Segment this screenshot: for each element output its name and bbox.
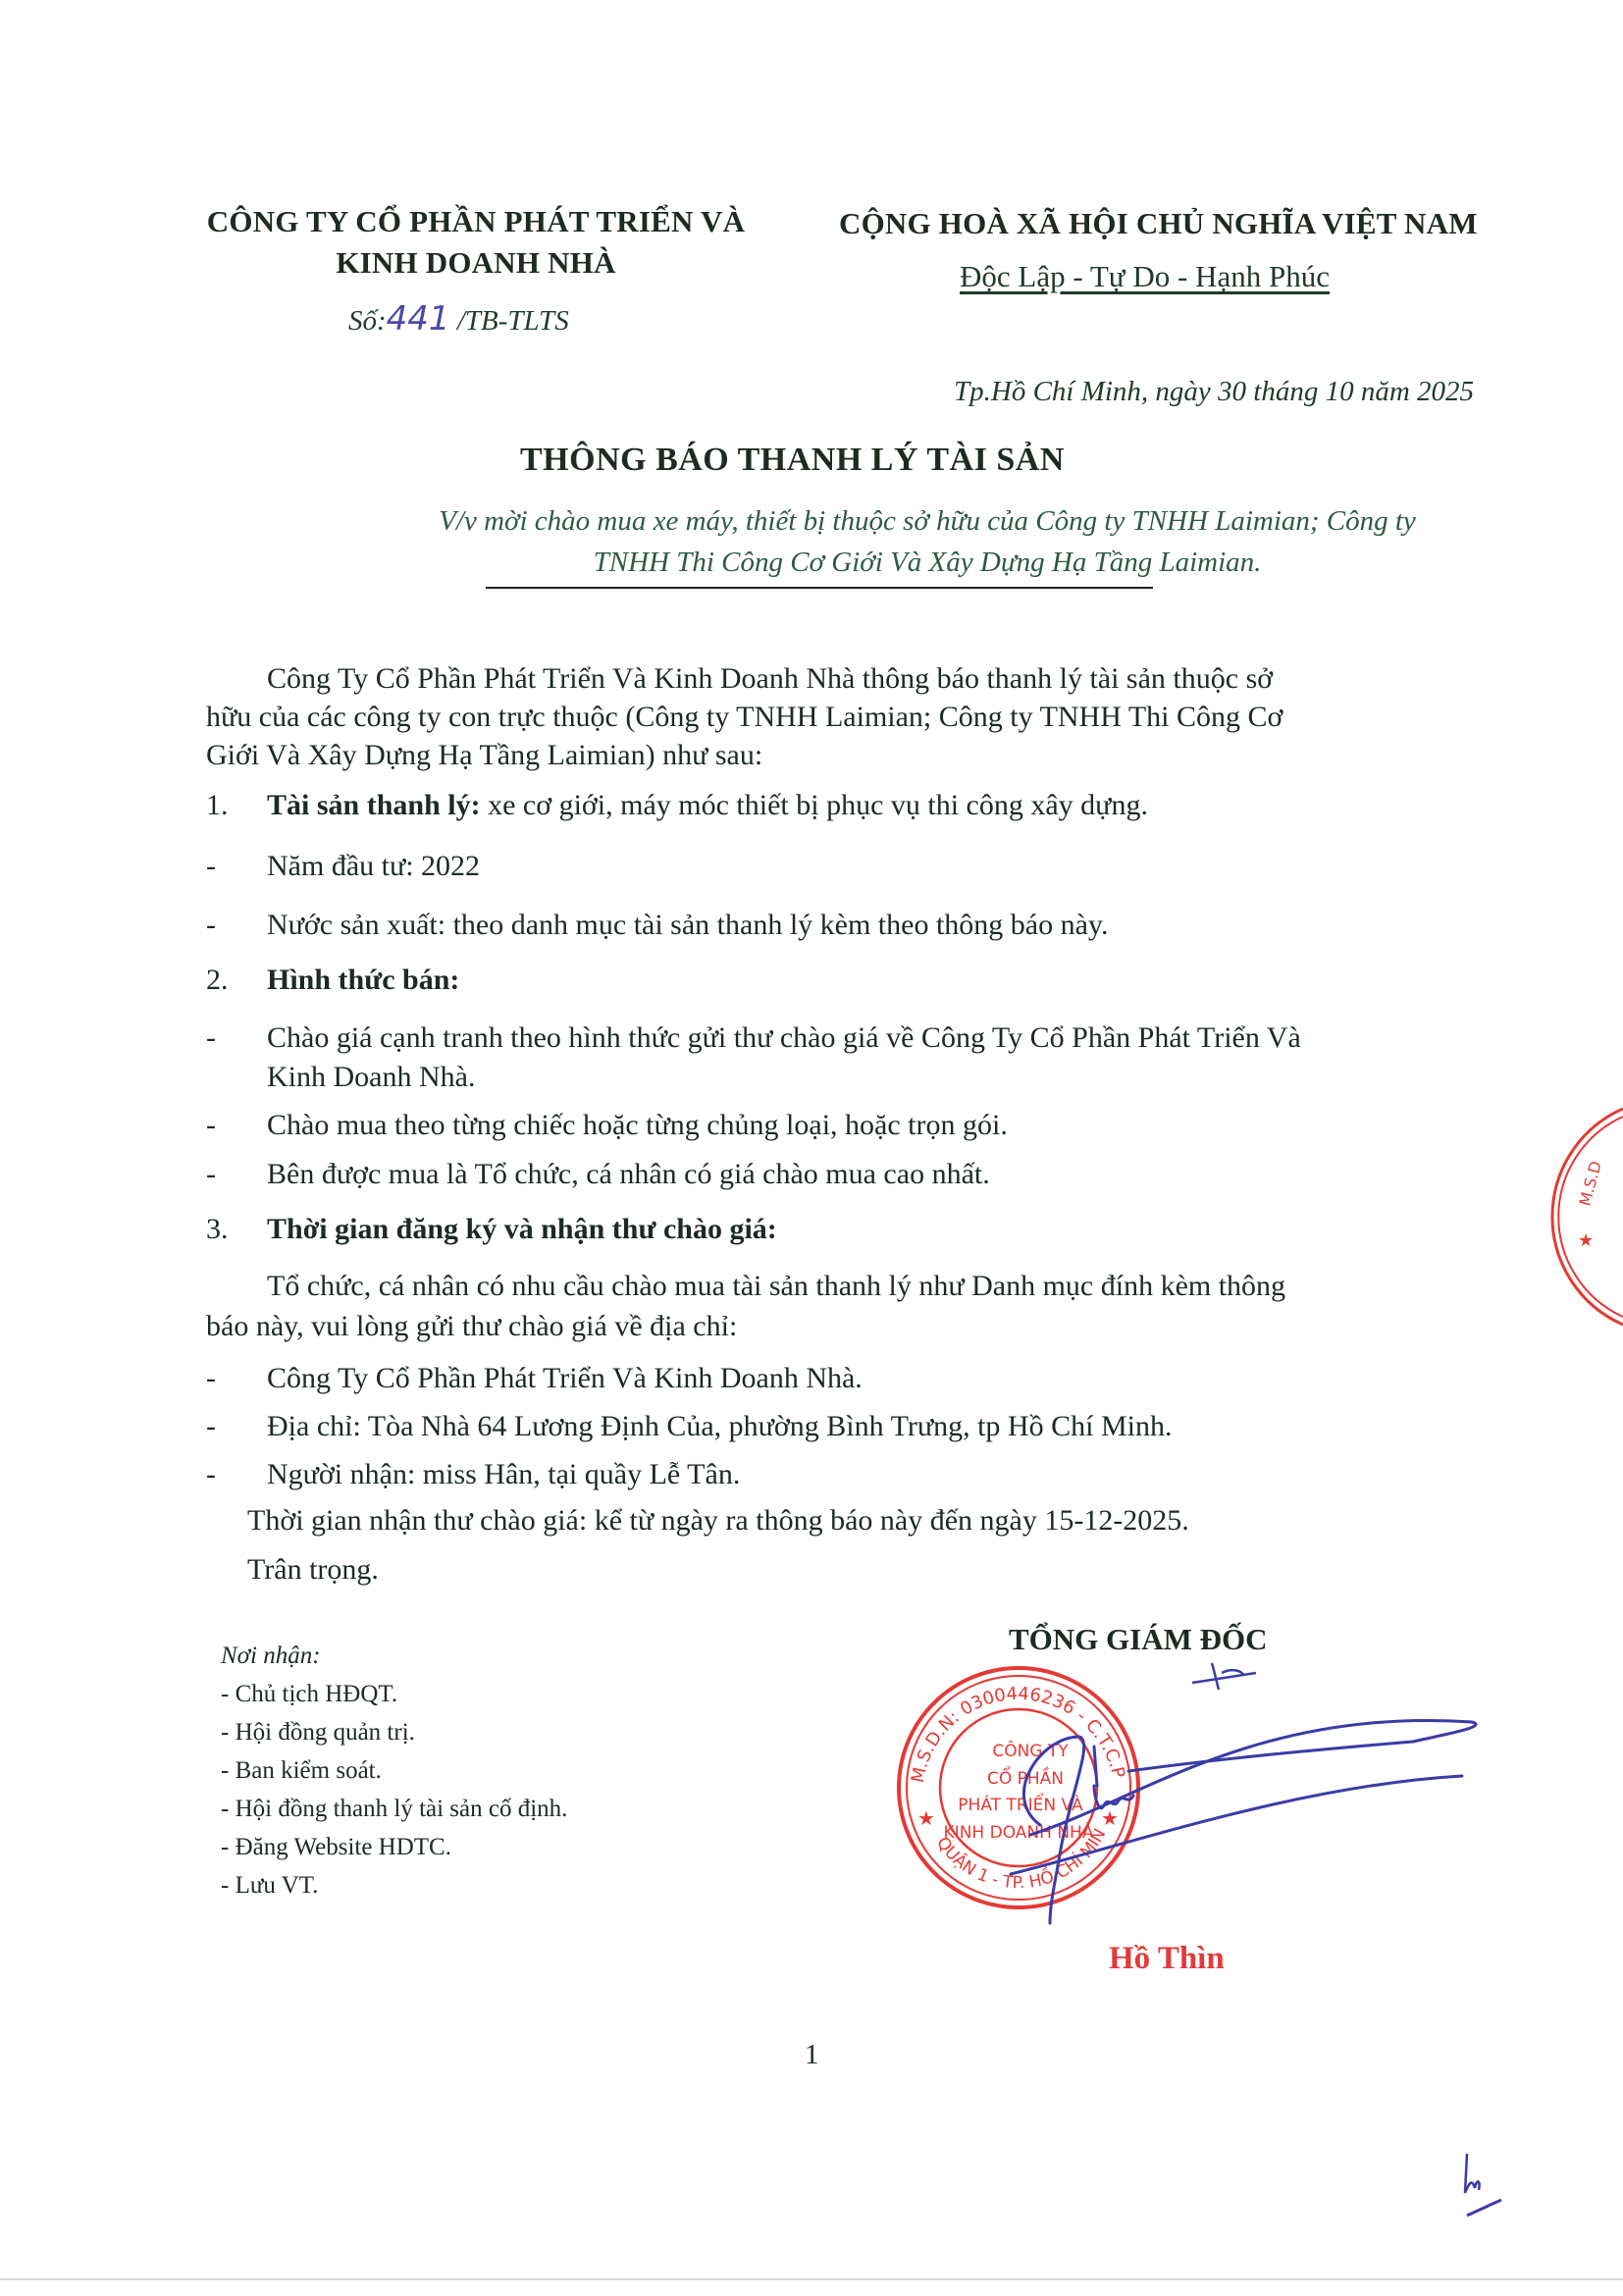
section-title: Tài sản thanh lý:	[267, 789, 481, 821]
title-divider	[486, 587, 1153, 589]
svg-text:★: ★	[917, 1808, 935, 1830]
initial-mark-icon	[1192, 1663, 1256, 1690]
svg-text:★: ★	[1101, 1808, 1119, 1830]
company-stamp-icon: M.S.D.N: 0300446236 - C.T.C.P QUẬN 1 - T…	[883, 1629, 1138, 1907]
deadline-text: Thời gian nhận thư chào giá: kể từ ngày …	[247, 1502, 1189, 1539]
handwritten-signature-icon	[1011, 1720, 1476, 1923]
recipients-title: Nơi nhận:	[221, 1637, 567, 1675]
company-name-line2: KINH DOANH NHÀ	[186, 245, 765, 281]
doc-number-suffix: /TB-TLTS	[457, 305, 569, 337]
scan-edge-line	[0, 2278, 1623, 2280]
national-motto: Độc Lập - Tự Do - Hạnh Phúc	[960, 259, 1330, 294]
section-number: 3.	[206, 1213, 229, 1246]
section-title: Thời gian đăng ký và nhận thư chào giá:	[267, 1213, 777, 1246]
section-3-paragraph-line2: báo này, vui lòng gửi thư chào giá về đị…	[206, 1308, 737, 1345]
svg-text:KINH DOANH NHÀ: KINH DOANH NHÀ	[944, 1821, 1094, 1843]
document-number: Số:441 /TB-TLTS	[348, 299, 569, 339]
recipients-block: Nơi nhận: - Chủ tịch HĐQT. - Hội đồng qu…	[221, 1637, 567, 1905]
document-title: THÔNG BÁO THANH LÝ TÀI SẢN	[520, 442, 1065, 479]
recipient-item: - Chủ tịch HĐQT.	[221, 1675, 567, 1713]
company-stamp-and-signature: M.S.D.N: 0300446236 - C.T.C.P QUẬN 1 - T…	[883, 1629, 1521, 1943]
svg-text:M.S.D: M.S.D	[1576, 1159, 1605, 1208]
section-number: 1.	[206, 789, 229, 822]
company-name-line1: CÔNG TY CỔ PHẦN PHÁT TRIỂN VÀ	[186, 204, 765, 239]
closing-text: Trân trọng.	[247, 1551, 379, 1589]
document-subtitle-line2: TNHH Thi Công Cơ Giới Và Xây Dựng Hạ Tần…	[363, 544, 1492, 581]
signer-name: Hồ Thìn	[1109, 1941, 1225, 1977]
recipient-item: - Lưu VT.	[221, 1866, 567, 1905]
svg-text:PHÁT TRIỂN VÀ: PHÁT TRIỂN VÀ	[958, 1792, 1083, 1815]
section-title: Hình thức bán:	[267, 964, 459, 997]
nation-title: CỘNG HOÀ XÃ HỘI CHỦ NGHĨA VIỆT NAM	[839, 206, 1478, 241]
doc-number-handwritten: 441	[387, 299, 450, 339]
section-number: 2.	[206, 964, 229, 997]
margin-initial-icon	[1457, 2149, 1536, 2227]
recipient-item: - Ban kiểm soát.	[221, 1751, 567, 1790]
date-line: Tp.Hồ Chí Minh, ngày 30 tháng 10 năm 202…	[954, 376, 1474, 408]
svg-text:★: ★	[1578, 1230, 1594, 1250]
section-3-paragraph-line1: Tổ chức, cá nhân có nhu cầu chào mua tài…	[267, 1268, 1285, 1305]
recipient-item: - Đăng Website HDTC.	[221, 1828, 567, 1866]
partial-stamp-icon: ★ M.S.D	[1550, 1099, 1623, 1334]
recipient-item: - Hội đồng thanh lý tài sản cố định.	[221, 1790, 567, 1828]
intro-line-3: Giới Và Xây Dựng Hạ Tầng Laimian) như sa…	[206, 737, 762, 774]
recipient-item: - Hội đồng quản trị.	[221, 1713, 567, 1751]
document-subtitle-line1: V/v mời chào mua xe máy, thiết bị thuộc …	[363, 502, 1492, 540]
section-inline-text: xe cơ giới, máy móc thiết bị phục vụ thi…	[481, 789, 1148, 821]
page-number: 1	[805, 2039, 819, 2071]
intro-line-1: Công Ty Cổ Phần Phát Triển Và Kinh Doanh…	[267, 660, 1273, 698]
doc-number-prefix: Số:	[348, 305, 387, 337]
intro-line-2: hữu của các công ty con trực thuộc (Công…	[206, 699, 1283, 736]
